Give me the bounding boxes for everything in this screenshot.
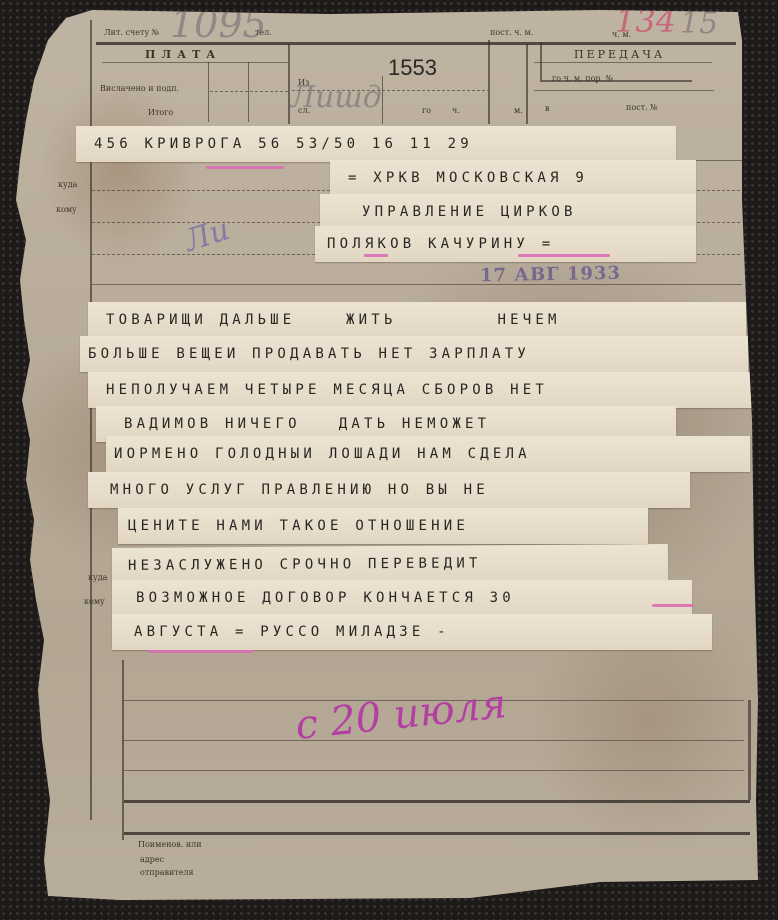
violet-signature: Ли [181,212,234,259]
plata-col-2 [248,62,249,122]
magenta-underline-30 [652,604,694,607]
minute-label: м. [514,106,523,115]
lower-rule-5 [124,832,750,835]
peredacha-time-label: го ч. м. пор. № [552,74,613,83]
pencil-number-top: 1095 [170,2,267,46]
sender-label-1: Поименов. или [138,840,202,849]
tape-body-5: ИОРМЕНО ГОЛОДНЫИ ЛОШАДИ НАМ СДЕЛА [106,436,750,472]
plata-col-1 [208,62,209,122]
tape-body-9: ВОЗМОЖНОЕ ДОГОВОР КОНЧАЕТСЯ 30 [112,580,692,616]
address-rule-5 [92,284,742,285]
magenta-underline-name-1 [364,254,388,257]
plata-title: ПЛАТА [145,48,221,61]
tape-address-2: УПРАВЛЕНИЕ ЦИРКОВ [320,194,696,230]
pencil-number-right: 15 [680,6,718,41]
sender-label-2: адрес [140,855,164,864]
tape-body-10: АВГУСТА = РУССО МИЛАДЗЕ - [112,614,712,650]
tape-body-3: НЕПОЛУЧАЕМ ЧЕТЫРЕ МЕСЯЦА СБОРОВ НЕТ [88,372,760,408]
plata-row-total: Итого [148,108,173,117]
lower-rule-2 [124,740,744,741]
to-whom-label: кому [56,205,77,214]
day-label: го [422,106,431,115]
serial-number: 1553 [388,55,437,81]
lower-left-rule [122,660,124,840]
tape-body-8: НЕЗАСЛУЖЕНО СРОЧНО ПЕРЕВЕДИТ [112,544,668,584]
peredacha-post-label: пост. № [626,103,658,112]
handwritten-date-note: с 20 июля [293,681,508,749]
plata-row-paid: Вислачено и подп. [100,84,179,93]
tape-body-6: МНОГО УСЛУГ ПРАВЛЕНИЮ НО ВЫ НЕ [88,472,690,508]
to-where-label-2: куда [88,573,107,582]
telegram-form: Лит. счету № тел. пост. ч. м. ч. м. ПЛАТ… [0,0,778,920]
tape-address-1: = ХРКВ МОСКОВСКАЯ 9 [330,160,696,196]
to-where-label: куда [58,180,77,189]
middle-col [382,76,383,124]
sender-label-3: отправителя [140,868,194,877]
tape-body-1: ТОВАРИЩИ ДАЛЬШЕ ЖИТЬ НЕЧЕМ [88,302,746,338]
lower-rule-4 [124,800,750,803]
peredacha-rule-2 [534,90,714,91]
magenta-underline-city [206,166,284,169]
red-number-top: 134 [615,2,676,40]
plata-dots-1 [210,91,290,92]
tape-header-line: 456 КРИВРОГА 56 53/50 16 11 29 [76,126,676,162]
middle-divider [488,40,490,124]
lower-right-rule [748,700,751,800]
post-time-label: пост. ч. м. [490,28,533,37]
hour-label: ч. [452,106,460,115]
pencil-scrawl: Лишд [290,80,382,115]
magenta-underline-august [148,650,254,653]
received-date-stamp: 17 АВГ 1933 [480,263,621,286]
tape-body-2: БОЛЬШЕ ВЕЩЕИ ПРОДАВАТЬ НЕТ ЗАРПЛАТУ [80,336,748,372]
peredacha-in-label: в [545,104,550,113]
right-divider [526,44,528,124]
account-label: Лит. счету № [104,28,159,37]
magenta-underline-name-2 [518,254,610,257]
plata-rule [102,62,288,63]
lower-rule-3 [124,770,744,771]
tape-body-7: ЦЕНИТЕ НАМИ ТАКОЕ ОТНОШЕНИЕ [118,508,648,544]
to-whom-label-2: кому [84,597,105,606]
